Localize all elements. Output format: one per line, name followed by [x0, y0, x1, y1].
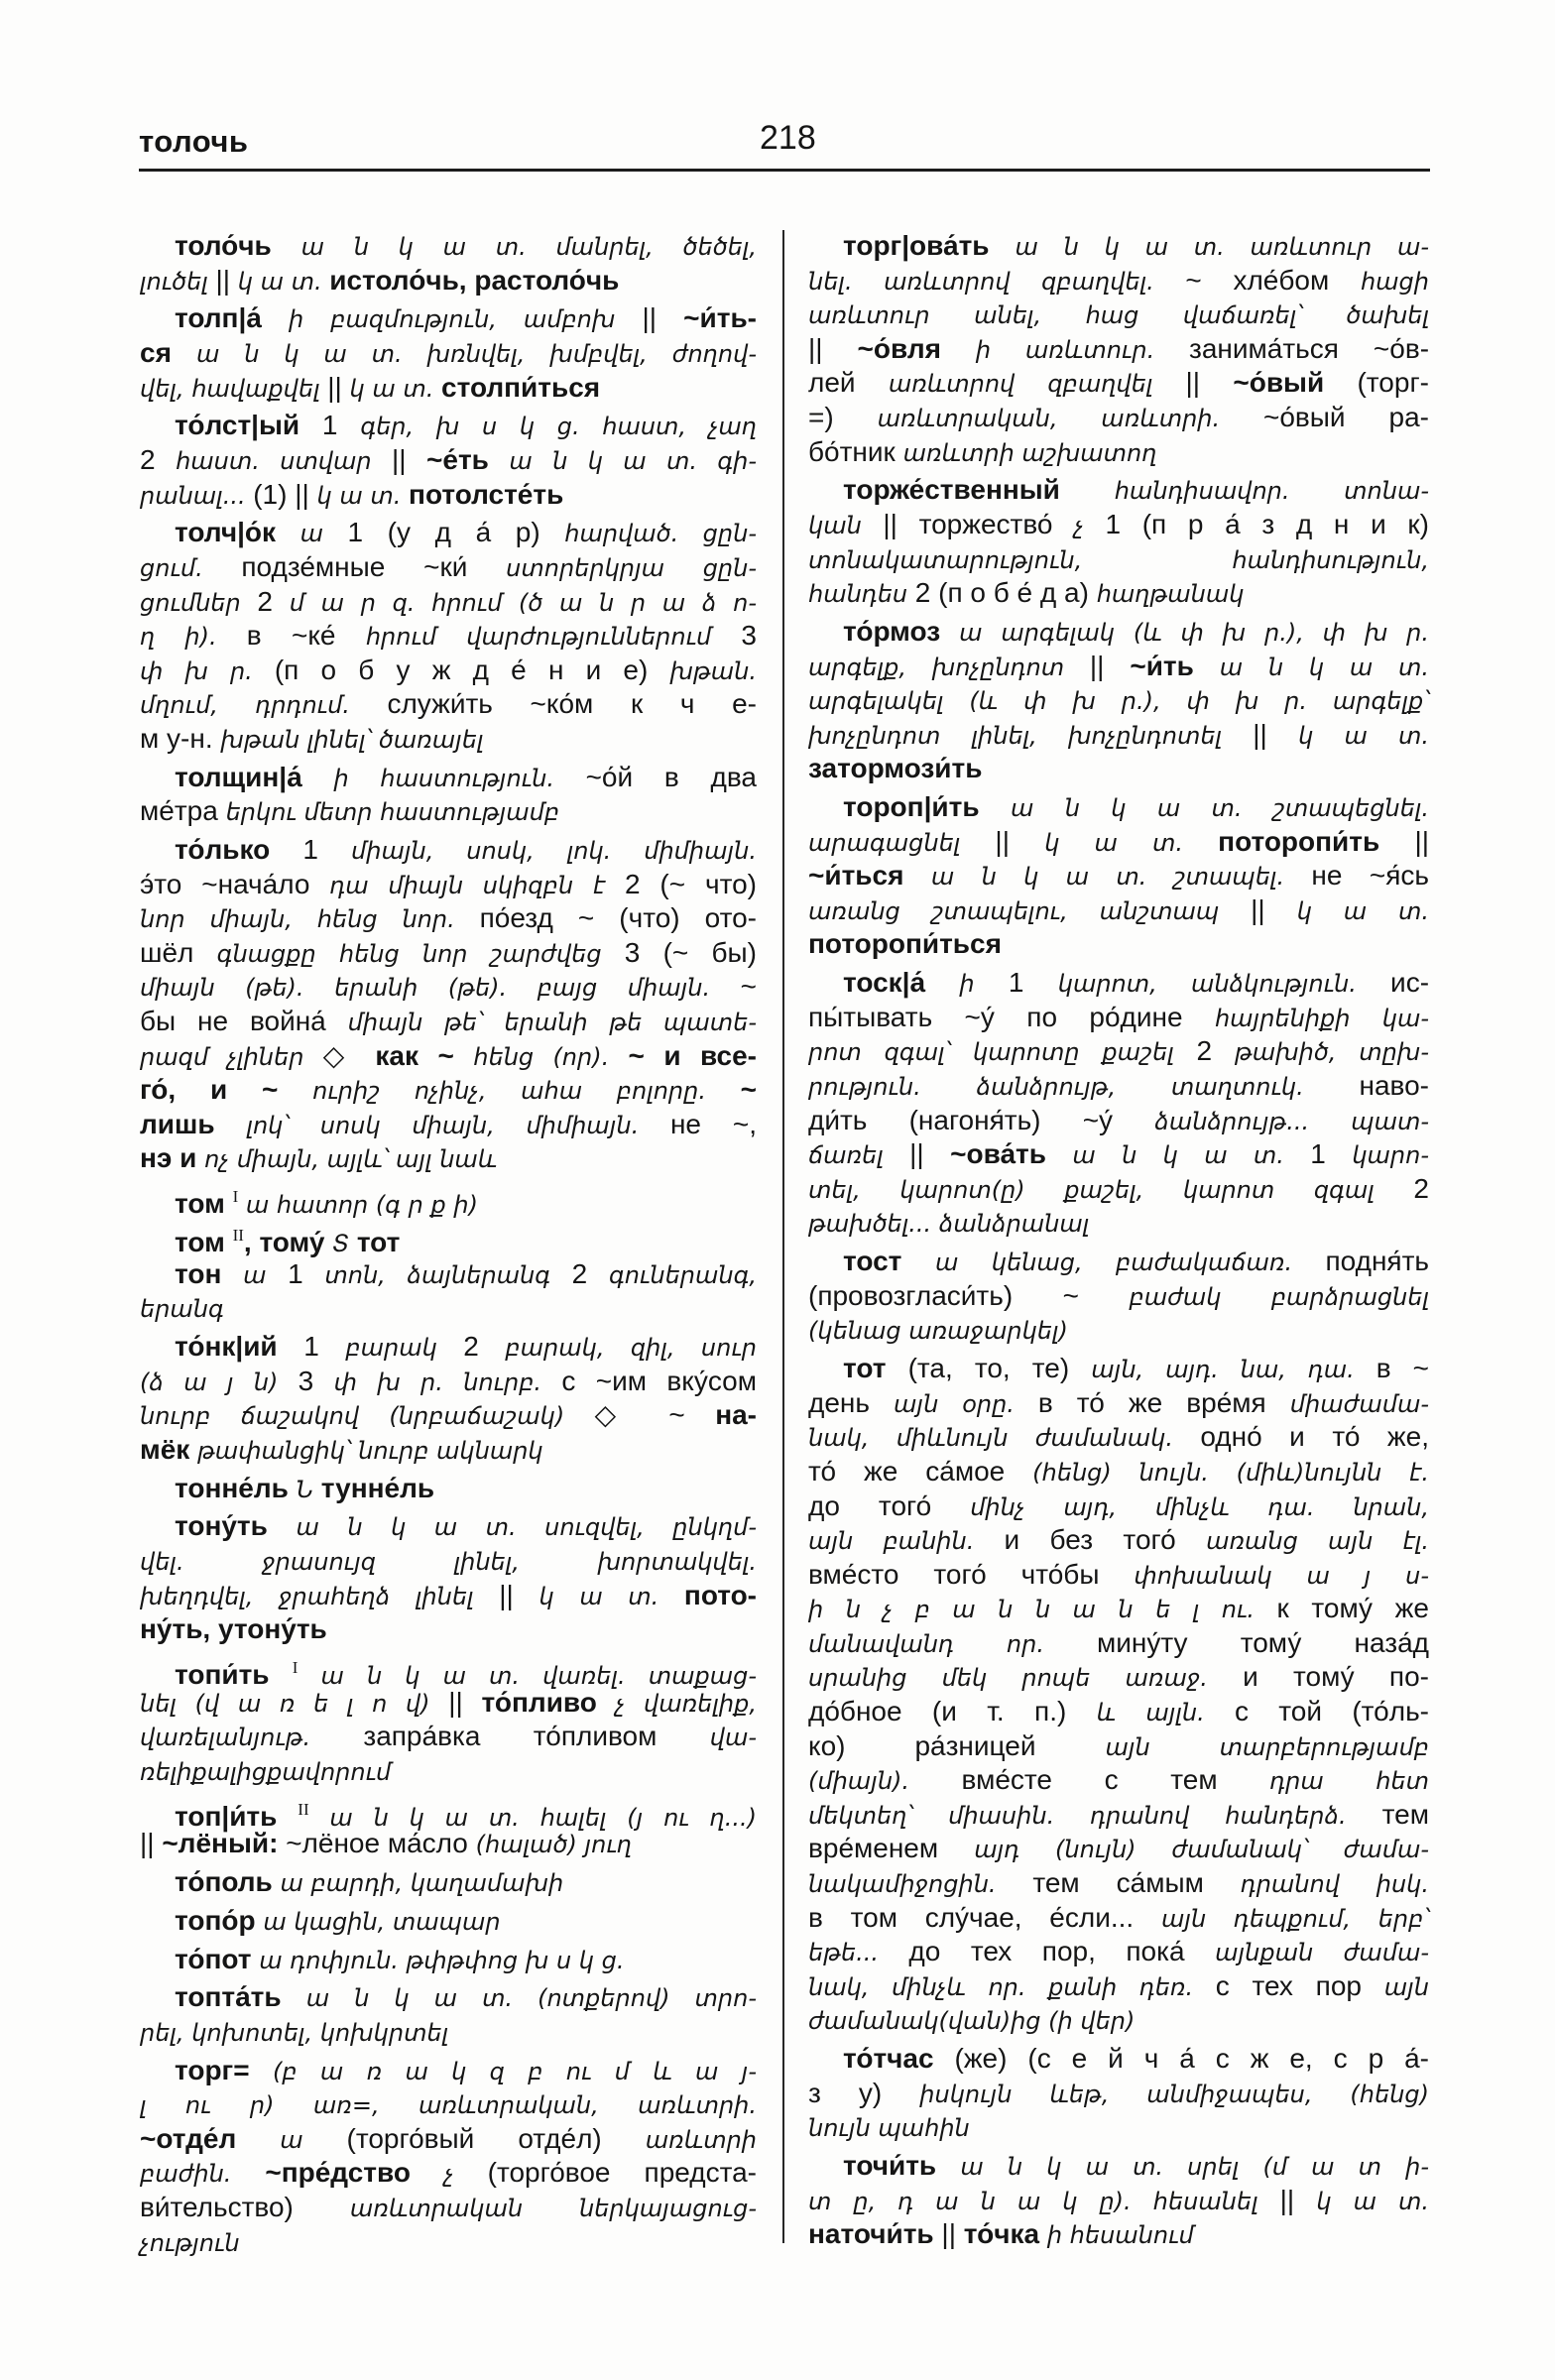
armenian-text: ա ն կ ա տ. (ոտքերով) տրո- — [306, 1984, 757, 2012]
bold-russian-text: на- — [715, 1399, 757, 1430]
entry-line: երանգ — [140, 1291, 757, 1326]
headword: толщин|а́ — [175, 762, 333, 792]
russian-text: в ~ке́ — [247, 620, 366, 651]
armenian-text: չություն — [140, 2229, 240, 2257]
headword: то́рмоз — [843, 616, 959, 647]
russian-text: и без того́ — [1005, 1524, 1207, 1555]
bold-russian-text: тот — [357, 1227, 400, 1257]
armenian-text: ռելիքալիցքավորում — [140, 1758, 391, 1786]
entry-line: մեկտեղ՝ միասին. դրանով հանդերձ. тем — [808, 1798, 1429, 1833]
dictionary-entry: то́лько 1 միայն, սոսկ, լոկ. միմիայն.э́то… — [140, 833, 757, 1176]
russian-text: вме́сте с тем — [962, 1764, 1270, 1795]
dictionary-entry: то́тчас (же) (с е й ч а́ с ж е, с р а́-з… — [808, 2042, 1429, 2145]
armenian-text: հաստ. ստվար — [176, 447, 392, 475]
russian-text: 2 — [140, 444, 176, 475]
armenian-text: դրա հետ — [1269, 1767, 1429, 1795]
headword: то́нк|ий — [175, 1331, 303, 1362]
entry-line: առևտուր անել, հաց վաճառել՝ ծախել — [808, 297, 1429, 332]
bold-russian-text: ~о́вый — [1233, 367, 1357, 398]
headword: то́лст|ый — [175, 410, 322, 440]
entry-line: 2 հաստ. ստվար || ~е́ть ա ն կ ա տ. գի- — [140, 443, 757, 478]
russian-text: з у) — [808, 2078, 919, 2108]
entry-line: տել, կարոտ(ը) քաշել, կարոտ զգալ 2 — [808, 1172, 1429, 1207]
dictionary-entry: толщин|а́ ի հաստություն. ~о́й в дваме́тр… — [140, 761, 757, 829]
russian-text: по́езд ~ (что) ото- — [480, 902, 757, 933]
armenian-text: ա — [280, 2126, 346, 2154]
entry-line: ժամանակ(վան)ից (ի վեր) — [808, 2003, 1429, 2038]
armenian-text: կ ա տ. — [238, 268, 329, 296]
russian-text: 1 (п р а́ з д н и к) — [1105, 509, 1429, 539]
bold-russian-text: ~ — [741, 1074, 757, 1105]
entry-line: тороп|и́ть ա ն կ ա տ. շտապեցնել. — [808, 790, 1429, 825]
entry-line: тон ա 1 տոն, ձայներանգ 2 գուներանգ, — [140, 1257, 757, 1292]
bold-russian-text: ~ и все- — [629, 1040, 757, 1071]
page-number: 218 — [760, 121, 816, 155]
russian-text: тем — [1382, 1799, 1429, 1830]
header-rule — [139, 169, 1430, 172]
armenian-text: րություն. ձանձրույթ, տաղտուկ. — [808, 1073, 1360, 1101]
bold-russian-text: , тому́ — [244, 1227, 332, 1257]
entry-line: ցումներ 2 մ ա ր զ. հրում (ծ ա ն ր ա ձ ո- — [140, 585, 757, 620]
entry-line: նույն պահին — [808, 2110, 1429, 2145]
headword: топта́ть — [175, 1981, 306, 2012]
entry-line: այն բանին. и без того́ առանց այն էլ. — [808, 1523, 1429, 1558]
russian-text: день — [808, 1387, 894, 1418]
entry-line: (միայն). вме́сте с тем դրա հետ — [808, 1763, 1429, 1798]
entry-line: топта́ть ա ն կ ա տ. (ոտքերով) տրո- — [140, 1980, 757, 2015]
dictionary-entry: топ|и́ть II ա ն կ ա տ. հալել (յ ու ղ...)… — [140, 1793, 757, 1861]
bold-russian-text: столпи́ться — [441, 372, 600, 403]
armenian-text: ա ն կ ա տ. գի- — [509, 447, 757, 475]
entry-line: ղ ի). в ~ке́ հրում վարժություններում 3 — [140, 619, 757, 654]
entry-line: ме́тра երկու մետր հաստությամբ — [140, 794, 757, 829]
entry-line: точи́ть ա ն կ ա տ. սրել (մ ա տ ի- — [808, 2149, 1429, 2184]
entry-line: մղում, դրդում. служи́ть ~ко́м к ч е- — [140, 687, 757, 722]
entry-line: հանդես 2 (п о б е́ д а) հաղթանակ — [808, 576, 1429, 611]
russian-text: бы не война́ — [140, 1006, 348, 1036]
armenian-text: մղում, դրդում. — [140, 691, 387, 719]
entry-line: ~и́ться ա ն կ ա տ. շտապել. не ~я́сь — [808, 859, 1429, 893]
entry-line: то́ же са́мое (հենց) նույն. (միև)նույնն … — [808, 1455, 1429, 1489]
dictionary-entry: тост ա կենաց, բաժակաճառ. подня́ть(провоз… — [808, 1245, 1429, 1348]
entry-line: то́пот ա դոփյուն. թփթփոց խ ս կ ց. — [140, 1943, 757, 1977]
dictionary-entry: то́пот ա դոփյուն. թփթփոց խ ս կ ց. — [140, 1943, 757, 1977]
headword: тоск|а́ — [843, 967, 959, 998]
russian-text: мину́ту тому́ наза́д — [1097, 1627, 1429, 1658]
armenian-text: ձանձրույթ... պատ- — [1154, 1108, 1429, 1135]
entry-line: րություն. ձանձրույթ, տաղտուկ. наво- — [808, 1069, 1429, 1104]
armenian-text: վա- — [710, 1724, 757, 1751]
headword: торг= — [175, 2055, 273, 2085]
entry-line: торг|ова́ть ա ն կ ա տ. առևտուր ա- — [808, 229, 1429, 264]
armenian-text: (միայն). — [808, 1767, 962, 1795]
entry-line: поторопи́ться — [808, 927, 1429, 962]
armenian-text: կ ա տ. — [317, 482, 409, 510]
russian-text: 2 — [572, 1258, 609, 1289]
entry-line: мёк թափանցիկ՝ նուրբ ակնարկ — [140, 1433, 757, 1468]
armenian-text: ղ ի). — [140, 623, 247, 651]
russian-text: вме́сто того́ что́бы — [808, 1559, 1134, 1590]
entry-line: || ~о́вля ի առևտուր. занима́ться ~о́в- — [808, 332, 1429, 367]
entry-line: толо́чь ա ն կ ա տ. մանրել, ծեծել, — [140, 229, 757, 264]
russian-text: одно́ и то́ же, — [1200, 1421, 1429, 1452]
armenian-text: նուրբ ճաշակով (նրբաճաշակ) — [140, 1402, 595, 1430]
armenian-text: գեր, խ ս կ ց. հաստ, չաղ — [360, 413, 757, 440]
russian-text: || — [941, 2218, 963, 2249]
bold-russian-text: ся — [140, 337, 196, 368]
entry-line: րոտ զգալ՝ կարոտը քաշել 2 թախիծ, տըխ- — [808, 1034, 1429, 1069]
armenian-text: եթե... — [808, 1939, 908, 1966]
entry-line: ռելիքալիցքավորում — [140, 1754, 757, 1789]
russian-text: ви́тельство) — [140, 2192, 350, 2222]
russian-text: (торг- — [1357, 367, 1429, 398]
russian-text: ~ — [741, 971, 757, 1002]
armenian-text: և այլն. — [1097, 1699, 1235, 1726]
armenian-text: հենց (որ). — [473, 1043, 628, 1071]
russian-text: 2 (п о б е́ д а) — [915, 577, 1097, 608]
dictionary-entry: топи́ть I ա ն կ ա տ. վառել. տաքաց-նել (վ… — [140, 1651, 757, 1788]
armenian-text: առևտրի աշխատող — [903, 439, 1157, 467]
bold-russian-text: нэ и — [140, 1142, 204, 1173]
armenian-text: հանդիսավոր. տոնա- — [1115, 477, 1429, 505]
russian-text: лей — [808, 367, 889, 398]
russian-text: 1 — [303, 1331, 345, 1362]
entry-line: тону́ть ա ն կ ա տ. սուզվել, ընկղմ- — [140, 1509, 757, 1544]
bold-russian-text: ну́ть, утону́ть — [140, 1613, 327, 1644]
armenian-text: տոնակատարություն, հանդիսություն, — [808, 546, 1429, 574]
armenian-text: ա ն կ ա տ. շտապել. — [931, 863, 1312, 891]
russian-text: || торжество́ — [883, 509, 1074, 539]
headword: тост — [843, 1246, 935, 1276]
headword: тороп|и́ть — [843, 791, 1011, 822]
armenian-text: խոչընդոտ լինել, խոչընդոտել — [808, 722, 1253, 750]
entry-line: վել. ջրասույզ լինել, խորտակվել. — [140, 1544, 757, 1579]
armenian-text: ա ն կ ա տ. սրել (մ ա տ ի- — [960, 2153, 1429, 2181]
bold-russian-text: ~ова́ть — [950, 1138, 1072, 1169]
armenian-text: առևտրով զբաղվել — [889, 370, 1186, 398]
bold-russian-text: тунне́ль — [321, 1473, 434, 1503]
armenian-text: թափանցիկ՝ նուրբ ակնարկ — [197, 1437, 543, 1465]
russian-text: (1) || — [253, 479, 316, 510]
armenian-text: հրում վարժություններում — [366, 623, 742, 651]
armenian-text: ա ն կ ա տ. շտապեցնել. — [1011, 794, 1429, 822]
entry-line: (կենաց առաջարկել) — [808, 1313, 1429, 1348]
russian-text: || — [215, 265, 237, 296]
russian-text: || — [1414, 826, 1429, 857]
entry-line: ся ա ն կ ա տ. խռնվել, խմբվել, ժողով- — [140, 336, 757, 371]
armenian-text: ցումներ — [140, 589, 257, 617]
entry-line: толп|а́ ի բազմություն, ամբոխ || ~и́ть- — [140, 301, 757, 336]
column-divider — [782, 230, 784, 2243]
headword: то́поль — [175, 1866, 281, 1897]
armenian-text: ի հեսանում — [1047, 2221, 1194, 2249]
armenian-text: ա արգելակ (և փ խ ր.), փ խ ր. — [959, 619, 1429, 647]
armenian-text: ոչ միայն, այլև՝ այլ նաև — [204, 1145, 497, 1173]
bold-russian-text: ~е́ть — [426, 444, 509, 475]
armenian-text: փ խ ր. — [140, 657, 275, 685]
russian-text: 3 (~ бы) — [625, 937, 757, 968]
russian-text: запра́вка то́пливом — [363, 1721, 709, 1751]
bold-russian-text: ~отде́л — [140, 2123, 280, 2154]
armenian-text: խեղդվել, ջրահեղձ լինել — [140, 1583, 499, 1610]
armenian-text: նակամիջոցին. — [808, 1870, 1032, 1898]
entry-line: то́лст|ый 1 գեր, խ ս կ ց. հաստ, չաղ — [140, 409, 757, 443]
dictionary-entry: то́рмоз ա արգելակ (և փ խ ր.), փ խ ր.արգե… — [808, 615, 1429, 786]
armenian-text: այն օրը. — [894, 1390, 1038, 1418]
headword: то́лько — [175, 834, 302, 865]
entry-line: նակ, մինչև որ. քանի դեռ. с тех пор այն — [808, 1969, 1429, 2004]
armenian-text: միաժամա- — [1290, 1390, 1429, 1418]
armenian-text: նել (վ ա ռ ե լ ո վ) — [140, 1690, 448, 1718]
entry-line: րել, կոխոտել, կոխկրտել — [140, 2015, 757, 2050]
armenian-text: կ ա տ. — [1298, 722, 1429, 750]
armenian-text: այդ (նույն) ժամանակ՝ ժամա- — [974, 1836, 1429, 1863]
russian-text: в ~ — [1376, 1353, 1429, 1383]
russian-text: не ~я́сь — [1311, 860, 1429, 891]
russian-text: =) — [808, 402, 878, 432]
armenian-text: կ ա տ. — [1297, 897, 1429, 925]
russian-text: (торго́вый отде́л) — [347, 2123, 646, 2154]
russian-text: э́то ~нача́ло — [140, 869, 329, 899]
armenian-text: փ խ ր. նուրբ. — [334, 1368, 562, 1396]
entry-line: եթե... до тех пор, пока́ այնքան ժամա- — [808, 1935, 1429, 1969]
russian-text: бо́тник — [808, 436, 903, 467]
russian-text: || — [808, 333, 858, 364]
armenian-text: րանալ... — [140, 482, 253, 510]
armenian-text: մանավանդ որ. — [808, 1630, 1097, 1658]
russian-text: (п о б у ж д е́ н и е) — [275, 654, 670, 685]
armenian-text: այն դեպքում, երբ՝ — [1161, 1905, 1429, 1933]
russian-text: тем са́мым — [1032, 1867, 1240, 1898]
entry-line: топи́ть I ա ն կ ա տ. վառել. տաքաց- — [140, 1651, 757, 1686]
armenian-text: (հալած) յուղ — [476, 1831, 632, 1858]
armenian-text: վել, հավաքվել — [140, 375, 327, 403]
armenian-text: առևտրական, առևտրի. — [878, 405, 1263, 432]
armenian-text: երկու մետր հաստությամբ — [226, 798, 560, 826]
entry-line: то́рмоз ա արգելակ (և փ խ ր.), փ խ ր. — [808, 615, 1429, 650]
russian-text: подня́ть — [1326, 1246, 1430, 1276]
armenian-text: ա հատոր (գ ր ք ի) — [238, 1191, 478, 1219]
entry-line: лишь լոկ՝ սոսկ միայն, միմիայն. не ~, — [140, 1108, 757, 1142]
armenian-text: կան — [808, 512, 883, 539]
russian-text: наво- — [1360, 1070, 1430, 1101]
armenian-text: փոխանակ ա յ ս- — [1134, 1562, 1429, 1590]
dictionary-entry: тоск|а́ ի 1 կարոտ, անձկություն. ис-пы́ты… — [808, 966, 1429, 1241]
armenian-text: լուծել — [140, 268, 215, 296]
armenian-text: առևտուր անել, հաց վաճառել՝ ծախել — [808, 301, 1429, 329]
left-column: толо́чь ա ն կ ա տ. մանրել, ծեծել,լուծել … — [140, 229, 757, 2259]
entry-line: խեղդվել, ջրահեղձ լինել || կ ա տ. пото- — [140, 1579, 757, 1613]
russian-text: служи́ть ~ко́м к ч е- — [387, 688, 757, 719]
russian-text: 1 — [1009, 967, 1058, 998]
entry-line: բաժին. ~пре́дство չ (торго́вое предста- — [140, 2156, 757, 2191]
russian-text: (же) (с е й ч а́ с ж е, с р а́- — [955, 2043, 1430, 2074]
entry-line: тот (та, то, те) այն, այդ. նա, դա. в ~ — [808, 1352, 1429, 1386]
entry-line: до того́ մինչ այդ, մինչև դա. նրան, — [808, 1489, 1429, 1524]
russian-text: вре́менем — [808, 1833, 974, 1863]
headword: торг|ова́ть — [843, 230, 1015, 261]
russian-text: 3 — [299, 1366, 334, 1396]
armenian-text: ա կենաց, բաժակաճառ. — [935, 1249, 1326, 1276]
russian-text: || — [995, 826, 1044, 857]
entry-line: փ խ ր. (п о б у ж д е́ н и е) խթան. — [140, 654, 757, 688]
entry-line: том I ա հատոր (գ ր ք ի) — [140, 1180, 757, 1215]
homonym-superscript: II — [233, 1226, 244, 1245]
russian-text: || — [909, 1138, 950, 1169]
armenian-text: գուներանգ, — [609, 1261, 757, 1289]
armenian-text: ա — [243, 1261, 288, 1289]
entry-line: тоск|а́ ի 1 կարոտ, անձկություն. ис- — [808, 966, 1429, 1001]
armenian-text: ի առևտուր. — [976, 336, 1189, 364]
russian-text: 1 (у д а́ р) — [348, 517, 565, 547]
armenian-text: երանգ — [140, 1295, 224, 1323]
entry-line: з у) իսկույն ևեթ, անմիջապես, (հենց) — [808, 2077, 1429, 2111]
armenian-text: թախիծ, տըխ- — [1235, 1038, 1429, 1066]
russian-text: занима́ться ~о́в- — [1189, 333, 1429, 364]
dictionary-entry: то́лст|ый 1 գեր, խ ս կ ց. հաստ, չաղ2 հաս… — [140, 409, 757, 512]
headword: толо́чь — [175, 230, 301, 261]
entry-line: то́поль ա բարդի, կաղամախի — [140, 1865, 757, 1900]
entry-line: ко) ра́зницей այն տարբերությամբ — [808, 1729, 1429, 1764]
dictionary-entry: том II, тому́ Տ тот — [140, 1219, 757, 1253]
dictionary-entry: толч|о́к ա 1 (у д а́ р) հարված. ցըն-ցում… — [140, 516, 757, 756]
armenian-text: առևտրական ներկայացուց- — [350, 2195, 757, 2222]
russian-text: (провозгласи́ть) ~ — [808, 1280, 1130, 1311]
armenian-text: արգելակել (և փ խ ր.), փ խ ր. արգելք՝ — [808, 687, 1429, 715]
armenian-text: մինչ այդ, մինչև դա. նրան, — [970, 1493, 1429, 1521]
entry-line: то́нк|ий 1 բարակ 2 բարակ, զիլ, սուր — [140, 1330, 757, 1365]
armenian-text: արագացնել — [808, 829, 995, 857]
headword: точи́ть — [843, 2150, 960, 2181]
armenian-text: նակ, միևնույն ժամանակ. — [808, 1424, 1200, 1452]
bold-russian-text: ~и́ть- — [683, 302, 757, 333]
bold-russian-text: ~и́ть — [1130, 651, 1219, 681]
headword: толч|о́к — [175, 517, 300, 547]
russian-text: || — [642, 302, 683, 333]
entry-line: նակ, միևնույն ժամանակ. одно́ и то́ же, — [808, 1420, 1429, 1455]
bold-russian-text: как ~ — [375, 1040, 473, 1071]
armenian-text: ա դոփյուն. թփթփոց խ ս կ ց. — [259, 1947, 624, 1974]
russian-text: с тех пор — [1216, 1970, 1384, 2001]
russian-text: шёл — [140, 937, 217, 968]
armenian-text: հաղթանակ — [1097, 580, 1245, 608]
entry-line: տոնակատարություն, հանդիսություն, — [808, 542, 1429, 577]
bold-russian-text: го́, и ~ — [140, 1074, 312, 1105]
entry-line: նել. առևտրով զբաղվել. ~ хле́бом հացի — [808, 264, 1429, 298]
dictionary-entry: тонне́ль Ն тунне́ль — [140, 1472, 757, 1506]
armenian-text: ա բարդի, կաղամախի — [281, 1869, 564, 1897]
entry-line: толщин|а́ ի հաստություն. ~о́й в два — [140, 761, 757, 795]
entry-line: չություն — [140, 2225, 757, 2260]
armenian-text: մեկտեղ՝ միասին. դրանով հանդերձ. — [808, 1802, 1382, 1830]
armenian-text: բաժակ բարձրացնել — [1130, 1283, 1429, 1311]
russian-text: м у-н. — [140, 723, 220, 754]
armenian-text: լ ու ր) առ=, առևտրական, առևտրի. — [140, 2091, 757, 2119]
headword: толп|а́ — [175, 302, 289, 333]
russian-text: с ~им вку́сом — [561, 1366, 757, 1396]
entry-line: том II, тому́ Տ тот — [140, 1219, 757, 1253]
armenian-text: ի — [959, 970, 1008, 998]
russian-text: 2 — [1413, 1173, 1429, 1204]
bold-russian-text: ~и́ться — [808, 860, 931, 891]
armenian-text: կ ա տ. — [1316, 2188, 1429, 2215]
entry-line: նուրբ ճաշակով (նրբաճաշակ) ◇ ~ на- — [140, 1398, 757, 1433]
armenian-text: վառելանյութ. — [140, 1724, 363, 1751]
armenian-text: րազմ չլիներ — [140, 1043, 323, 1071]
entry-line: ди́ть (нагоня́ть) ~у́ ձանձրույթ... պատ- — [808, 1104, 1429, 1138]
dictionary-entry: тороп|и́ть ա ն կ ա տ. շտապեցնել.արագացնե… — [808, 790, 1429, 962]
dictionary-entry: том I ա հատոր (գ ր ք ի) — [140, 1180, 757, 1215]
armenian-text: նել. առևտրով զբաղվել. — [808, 268, 1185, 296]
armenian-text: այն, այդ. նա, դա. — [1091, 1356, 1376, 1383]
bold-russian-text: потолсте́ть — [409, 479, 563, 510]
russian-text: || — [1090, 651, 1130, 681]
bold-russian-text: ~пре́дство — [265, 2157, 444, 2188]
armenian-text: խթան. — [670, 657, 757, 685]
armenian-text: (ձ ա յ ն) — [140, 1368, 299, 1396]
armenian-text: րել, կոխոտել, կոխկրտել — [140, 2019, 448, 2047]
armenian-text: դա միայն սկիզբն է — [329, 872, 625, 899]
armenian-text: հանդես — [808, 580, 915, 608]
headword: том — [175, 1227, 233, 1257]
entry-line: затормози́ть — [808, 752, 1429, 786]
russian-text: подзе́мные ~ки́ — [241, 551, 506, 582]
entry-line: ի ն չ բ ա ն ն ա ն ե լ ու. к тому́ же — [808, 1592, 1429, 1626]
armenian-text: կ ա տ. — [350, 375, 441, 403]
entry-line: || ~лёный: ~лёное ма́сло (հալած) յուղ — [140, 1827, 757, 1861]
entry-line: э́то ~нача́ло դա միայն սկիզբն է 2 (~ что… — [140, 868, 757, 902]
entry-line: до́бное (и т. п.) և այլն. с той (то́ль- — [808, 1695, 1429, 1729]
russian-text: ~лёное ма́сло — [286, 1828, 475, 1858]
russian-text: ис- — [1390, 967, 1429, 998]
armenian-text: գնացքը հենց նոր շարժվեց — [217, 940, 625, 968]
entry-line: լուծել || կ ա տ. истоло́чь, растоло́чь — [140, 264, 757, 298]
russian-text: с той (то́ль- — [1235, 1696, 1429, 1726]
bold-russian-text: поторопи́ться — [808, 928, 1002, 959]
armenian-text: ա ն կ ա տ. առևտուր ա- — [1015, 233, 1429, 261]
dictionary-entry: топта́ть ա ն կ ա տ. (ոտքերով) տրո-րել, կ… — [140, 1980, 757, 2049]
headword: тону́ть — [175, 1510, 297, 1541]
headword: тонне́ль — [175, 1473, 297, 1503]
bold-russian-text: поторопи́ть — [1218, 826, 1414, 857]
bold-russian-text: истоло́чь, растоло́чь — [329, 265, 619, 296]
entry-line: լ ու ր) առ=, առևտրական, առևտրի. — [140, 2087, 757, 2122]
entry-line: նոր միայն, հենց նոր. по́езд ~ (что) ото- — [140, 901, 757, 936]
entry-line: րազմ չլիներ ◇ как ~ հենց (որ). ~ и все- — [140, 1039, 757, 1074]
dictionary-entry: тону́ть ա ն կ ա տ. սուզվել, ընկղմ-վել. ջ… — [140, 1509, 757, 1646]
russian-text: ди́ть (нагоня́ть) ~у́ — [808, 1105, 1154, 1135]
armenian-text: Տ — [332, 1230, 357, 1257]
armenian-text: լոկ՝ սոսկ միայն, միմիայն. — [246, 1112, 669, 1139]
entry-line: արագացնել || կ ա տ. поторопи́ть || — [808, 825, 1429, 860]
armenian-text: բարակ, զիլ, սուր — [505, 1334, 757, 1362]
russian-text: || — [392, 444, 426, 475]
running-head: толочь — [139, 126, 248, 157]
dictionary-entry: тон ա 1 տոն, ձայներանգ 2 գուներանգ,երանգ — [140, 1257, 757, 1326]
dictionary-entry: топо́р ա կացին, տապար — [140, 1904, 757, 1939]
entry-line: то́лько 1 միայն, սոսկ, լոկ. միմիայն. — [140, 833, 757, 868]
bold-russian-text: ~о́вля — [858, 333, 976, 364]
entry-line: го́, и ~ ուրիշ ոչինչ, ահա բոլորը. ~ — [140, 1073, 757, 1108]
entry-line: топо́р ա կացին, տապար — [140, 1904, 757, 1939]
entry-line: торг= (բ ա ռ ա կ զ բ ու մ և ա յ- — [140, 2054, 757, 2088]
russian-text: || — [140, 1828, 162, 1858]
russian-text: 1 — [302, 834, 351, 865]
armenian-text: այն բանին. — [808, 1527, 1005, 1555]
armenian-text: ա ն կ ա տ. — [1072, 1141, 1310, 1169]
dictionary-entry: торг|ова́ть ա ն կ ա տ. առևտուր ա-նել. առ… — [808, 229, 1429, 469]
russian-text: 2 (~ что) — [625, 869, 757, 899]
